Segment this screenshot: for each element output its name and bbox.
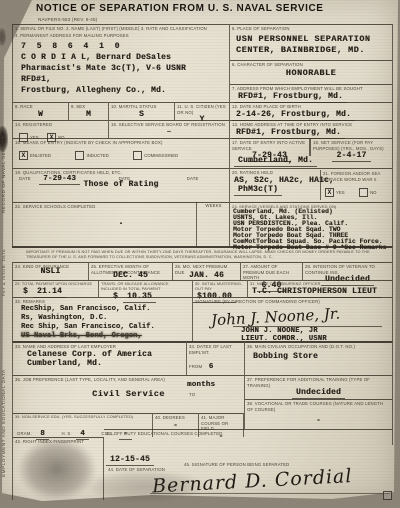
- field-schools-weeks: WEEKS: [196, 202, 230, 246]
- field-identity-labels: 1. SERIAL OR FILE NO. 2. NAME (LAST) (FI…: [12, 24, 230, 39]
- field-character-of-separation: 6. CHARACTER OF SEPARATION HONORABLE: [230, 60, 393, 84]
- means-of-entry-label: 16. MEANS OF ENTRY (INDICATE BY CHECK IN…: [13, 139, 229, 146]
- marital-label: 10. MARITAL STATUS: [109, 103, 174, 110]
- premium-amount-label: 27. AMOUNT OF PREMIUM DUE EACH MONTH: [241, 263, 302, 281]
- separation-date-value: 12-15-45: [106, 455, 180, 466]
- field-place-of-separation: 5. PLACE OF SEPARATION USN PERSONNEL SEP…: [230, 24, 393, 60]
- race-value: W: [13, 110, 68, 119]
- field-home-address-entry: 13. HOME ADDRESS AT TIME OF ENTRY INTO S…: [230, 120, 393, 138]
- scanned-document-page: NOTICE OF SEPARATION FROM U. S. NAVAL SE…: [0, 0, 400, 508]
- selective-board-label: 15. SELECTIVE SERVICE BOARD OF REGISTRAT…: [109, 121, 229, 128]
- field-mustering-pay: 30. INITIAL MUSTERING-OUT PAY $100.00: [192, 280, 247, 297]
- last-employer-line1: Celanese Corp. of America: [13, 350, 186, 359]
- marital-value: S: [109, 110, 174, 119]
- field-off-duty-courses: 43. OFF DUTY EDUCATIONAL COURSES COMPLET…: [104, 429, 393, 445]
- allotment-value: DEC. 45: [89, 271, 172, 280]
- mailing-address-line1: RFD#1,: [13, 73, 229, 84]
- next-premium-value: JAN. 46: [173, 271, 240, 280]
- field-stations-served: 23. SERVICE (VESSELS AND STATIONS SERVED…: [230, 202, 393, 246]
- home-address-value: RFD#1, Frostburg, Md.: [230, 128, 392, 139]
- field-employment-dates: 34. DATES OF LAST EMPL'MT. FROM 6 months…: [186, 341, 244, 375]
- field-birth: 12. DATE AND PLACE OF BIRTH 2-14-26, Fro…: [230, 102, 393, 120]
- section-label-pay-insurance: PAY & INSUR. DATA: [1, 247, 12, 297]
- field-means-of-entry: 16. MEANS OF ENTRY (INDICATE BY CHECK IN…: [12, 138, 230, 168]
- gram-label: GRAM.: [17, 431, 32, 436]
- identity-label-line1: 1. SERIAL OR FILE NO. 2. NAME (LAST) (FI…: [13, 25, 229, 32]
- field-separatee-signature: 45. SIGNATURE OF PERSON BEING SEPARATED …: [182, 461, 393, 501]
- field-citizen: 11. U. S. CITIZEN (YES OR NO) Y: [174, 102, 230, 120]
- qualifications-value: Those of Rating: [13, 176, 229, 189]
- field-identity-values: 7 5 8 6 4 1 0 C O R D I A L, Bernard DeS…: [12, 39, 230, 102]
- mailing-address-line2: Frostburg, Allegheny Co., Md.: [13, 84, 229, 95]
- stations-list: Cumberland, Md. (Enlisted)USNTS, Gt. Lak…: [230, 209, 392, 250]
- fingerprint-smudge: [18, 438, 96, 500]
- field-premium-amount: 27. AMOUNT OF PREMIUM DUE EACH MONTH 6.4…: [240, 262, 302, 280]
- race-label: 8. RACE: [13, 103, 68, 110]
- occupation-value: Bobbing Store: [245, 350, 392, 361]
- field-entry-date: 17. DATE OF ENTRY INTO ACTIVE SERVICE 7-…: [230, 138, 310, 156]
- foreign-no-checkbox: [359, 188, 368, 197]
- rate-classification: Pharmacist's Mate 3c(T), V-6 USNR: [13, 62, 229, 73]
- field-co-signature: SIGNATURE (BY DIRECTION OF COMMANDING OF…: [192, 297, 393, 341]
- foreign-service-label: 21. FOREIGN AND/OR SEA SERVICE WORLD WAR…: [321, 170, 393, 182]
- home-address-label: 13. HOME ADDRESS AT TIME OF ENTRY INTO S…: [230, 121, 392, 128]
- education-label: 39. NON-SERVICE EDU. (YRS. SUCCESSFULLY …: [13, 414, 152, 420]
- vocational-courses-value: -: [245, 412, 392, 425]
- place-of-separation-label: 5. PLACE OF SEPARATION: [230, 25, 392, 32]
- entry-date-label: 17. DATE OF ENTRY INTO ACTIVE SERVICE: [230, 139, 309, 151]
- remarks-list: RecShip, San Francisco, Calif.Rs, Washin…: [13, 305, 192, 341]
- degrees-label: 40. DEGREES: [153, 414, 198, 421]
- field-qualifications: 19. QUALIFICATIONS, CERTIFICATES HELD, E…: [12, 168, 230, 202]
- job-preference-label: 36. JOB PREFERENCE (LAST TYPE, LOCALITY,…: [13, 376, 244, 383]
- birth-value: 2-14-26, Frostburg, Md.: [230, 110, 392, 121]
- field-last-employer: 33. NAME AND ADDRESS OF LAST EMPLOYER Ce…: [12, 341, 186, 375]
- section-label-naval-service: RECORD OF NAVAL SERVICE: [1, 104, 12, 244]
- identity-label-line2: 4. PERMANENT ADDRESS FOR MAILING PURPOSE…: [13, 32, 229, 39]
- occupation-label: 35. MAIN CIVILIAN OCCUPATION AND (D.O.T.…: [245, 343, 392, 350]
- field-marital-status: 10. MARITAL STATUS S: [108, 102, 174, 120]
- travel-allowance-label: TRAVEL OR MILEAGE ALLOWANCE INCLUDED IN …: [99, 281, 192, 292]
- field-selective-board: 15. SELECTIVE SERVICE BOARD OF REGISTRAT…: [108, 120, 230, 138]
- net-service-label: 18. NET SERVICE (FOR PAY PURPOSES) (YRS.…: [311, 139, 392, 151]
- employment-address-label: 7. ADDRESS FROM WHICH EMPLOYMENT WILL BE…: [230, 85, 392, 92]
- foreign-no-label: NO: [370, 190, 376, 195]
- hs-label: H. S.: [61, 431, 71, 436]
- birth-label: 12. DATE AND PLACE OF BIRTH: [230, 103, 392, 110]
- registered-label: 14. REGISTERED: [13, 121, 108, 128]
- insurance-important-text: IMPORTANT: IF PREMIUM IS NOT PAID WHEN D…: [12, 248, 392, 260]
- field-race: 8. RACE W: [12, 102, 68, 120]
- last-employer-label: 33. NAME AND ADDRESS OF LAST EMPLOYER: [13, 343, 186, 350]
- section-label-employment: EMPLOYMENT AND EDUCATIONAL DATA: [1, 343, 12, 503]
- place-of-separation-line1: USN PERSONNEL SEPARATION: [230, 32, 392, 44]
- training-preference-value: Undecided: [245, 388, 392, 399]
- serial-number: 7 5 8 6 4 1 0: [13, 39, 229, 51]
- entry-place-value: Cumberland, Md.: [230, 156, 392, 167]
- form-number: NAVPERS-553 (REV. 8-45): [36, 16, 236, 23]
- training-preference-label: 37. PREFERENCE FOR ADDITIONAL TRAINING (…: [245, 376, 392, 388]
- qualifications-label: 19. QUALIFICATIONS, CERTIFICATES HELD, E…: [13, 169, 229, 176]
- field-continue-insurance: 28. INTENTION OF VETERAN TO CONTINUE INS…: [302, 262, 393, 280]
- selective-board-value: —: [109, 128, 229, 135]
- job-preference-value: Civil Service: [13, 383, 244, 399]
- field-allotment-month: 25. EFFECTIVE MONTH OF ALLOTMENT DISCONT…: [88, 262, 172, 280]
- co-signature-typed-name: JOHN J. NOONE, JR: [233, 327, 382, 335]
- foreign-yes-label: YES: [336, 190, 345, 195]
- inducted-label: INDUCTED: [86, 153, 108, 158]
- bottom-smudge: [85, 470, 205, 502]
- bottom-right-checkbox: [383, 491, 392, 500]
- field-training-preference: 37. PREFERENCE FOR ADDITIONAL TRAINING (…: [244, 375, 393, 399]
- field-employment-address: 7. ADDRESS FROM WHICH EMPLOYMENT WILL BE…: [230, 84, 393, 102]
- foreign-yes-checkbox: X: [325, 188, 334, 197]
- field-job-preference: 36. JOB PREFERENCE (LAST TYPE, LOCALITY,…: [12, 375, 244, 413]
- field-payment-discharge: 29. TOTAL PAYMENT UPON DISCHARGE $ 21.14: [12, 280, 98, 297]
- field-remarks: 32. REMARKS RecShip, San Francisco, Cali…: [12, 297, 192, 341]
- field-entry-place: Cumberland, Md.: [230, 156, 393, 168]
- field-vocational-courses: 38. VOCATIONAL OR TRADE COURSES (NATURE …: [244, 399, 393, 429]
- character-label: 6. CHARACTER OF SEPARATION: [230, 61, 392, 68]
- vocational-courses-label: 38. VOCATIONAL OR TRADE COURSES (NATURE …: [245, 400, 392, 412]
- remarks-label: 32. REMARKS: [13, 298, 192, 305]
- ink-blot-small: [0, 28, 6, 46]
- place-of-separation-line2: CENTER, BAINBRIDGE, MD.: [230, 44, 392, 55]
- commissioned-checkbox: [133, 151, 142, 160]
- field-sex: 9. SEX M: [68, 102, 108, 120]
- sex-label: 9. SEX: [69, 103, 108, 110]
- commissioned-label: COMMISSIONED: [144, 153, 178, 158]
- enlisted-label: ENLISTED: [30, 153, 51, 158]
- document-title: NOTICE OF SEPARATION FROM U. S. NAVAL SE…: [36, 3, 366, 14]
- field-next-premium: 26. MO. NEXT PREMIUM DUE JAN. 46: [172, 262, 240, 280]
- field-registered: 14. REGISTERED YES XNO: [12, 120, 108, 138]
- mustering-pay-label: 30. INITIAL MUSTERING-OUT PAY: [193, 281, 247, 292]
- field-occupation: 35. MAIN CIVILIAN OCCUPATION AND (D.O.T.…: [244, 341, 393, 375]
- character-value: HONORABLE: [230, 68, 392, 78]
- field-disbursing-officer: 31. NAME OF DISBURSING OFFICER T.C. CHRI…: [247, 280, 393, 297]
- off-duty-label: 43. OFF DUTY EDUCATIONAL COURSES COMPLET…: [104, 430, 392, 437]
- weeks-label: WEEKS: [197, 202, 230, 209]
- field-net-service: 18. NET SERVICE (FOR PAY PURPOSES) (YRS.…: [310, 138, 393, 156]
- from-label: FROM: [187, 363, 204, 369]
- enlisted-checkbox: X: [19, 151, 28, 160]
- field-insurance-kind: 24. KIND OF INSURANCE NSLI: [12, 262, 88, 280]
- field-travel-allowance: TRAVEL OR MILEAGE ALLOWANCE INCLUDED IN …: [98, 280, 192, 297]
- field-insurance-important: IMPORTANT: IF PREMIUM IS NOT PAID WHEN D…: [12, 246, 393, 262]
- sex-value: M: [69, 110, 108, 119]
- insurance-kind-value: NSLI: [13, 267, 88, 276]
- continue-insurance-label: 28. INTENTION OF VETERAN TO CONTINUE INS…: [303, 263, 392, 275]
- field-foreign-sea-service: 21. FOREIGN AND/OR SEA SERVICE WORLD WAR…: [320, 170, 393, 200]
- inducted-checkbox: [75, 151, 84, 160]
- employment-dates-label: 34. DATES OF LAST EMPL'MT.: [187, 343, 244, 355]
- last-employer-line2: Cumberland, Md.: [13, 359, 186, 368]
- citizen-label: 11. U. S. CITIZEN (YES OR NO): [175, 103, 229, 115]
- veteran-name: C O R D I A L, Bernard DeSales: [13, 51, 229, 62]
- employment-address-value: RFD#1, Frostburg, Md.: [230, 92, 392, 103]
